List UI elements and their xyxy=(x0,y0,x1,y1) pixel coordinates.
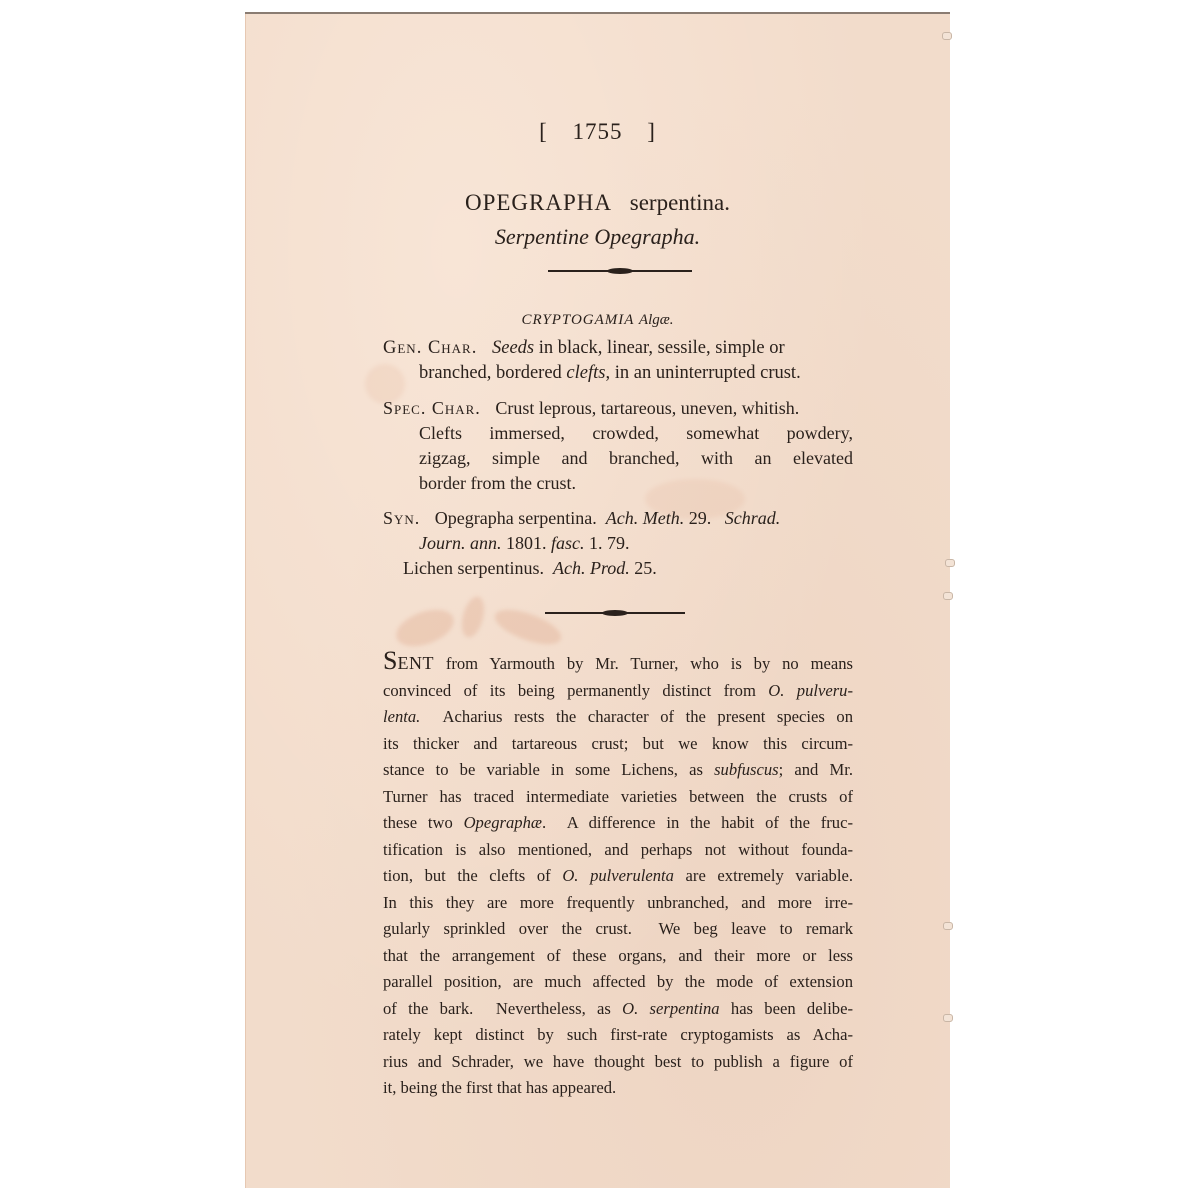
gen-char-text: branched, bordered xyxy=(419,363,566,383)
paragraph-line: that the arrangement of these organs, an… xyxy=(383,943,853,970)
gen-char-text: in black, linear, sessile, simple or xyxy=(534,338,785,358)
paper-stain xyxy=(391,603,458,654)
paragraph-line: of the bark. Nevertheless, as O. serpent… xyxy=(383,996,853,1023)
syn-reference: Ach. Meth. xyxy=(606,508,684,528)
syn-number: 25. xyxy=(634,558,657,578)
specific-character: Spec. Char. Crust leprous, tartareous, u… xyxy=(383,396,853,496)
line-text: of the bark. Nevertheless, as xyxy=(383,999,622,1018)
paragraph-line: In this they are more frequently unbranc… xyxy=(383,890,853,917)
common-name: Serpentine Opegrapha. xyxy=(245,224,950,250)
syn-reference: Schrad. xyxy=(725,508,781,528)
paragraph-line: convinced of its being permanently disti… xyxy=(383,678,853,705)
syn-text: Lichen serpentinus. xyxy=(403,558,544,578)
bracket-open: [ xyxy=(539,119,548,144)
gen-char-italic: Seeds xyxy=(492,338,534,358)
species-title: OPEGRAPHA serpentina. xyxy=(245,190,950,216)
classification: Cryptogamia Algæ. xyxy=(245,312,950,329)
paragraph-line: SENT from Yarmouth by Mr. Turner, who is… xyxy=(383,648,853,678)
syn-reference: Journ. ann. xyxy=(419,533,502,553)
paper-stain xyxy=(458,594,488,640)
paragraph-line: lenta. Acharius rests the character of t… xyxy=(383,704,853,731)
bracket-close: ] xyxy=(647,119,656,144)
line-text: that the arrangement of these organs, an… xyxy=(383,946,853,965)
ornamental-divider xyxy=(548,270,692,272)
paragraph-line: it, being the first that has appeared. xyxy=(383,1075,853,1102)
paragraph-line: parallel position, are much affected by … xyxy=(383,969,853,996)
ornamental-divider xyxy=(545,612,685,614)
line-text: rius and Schrader, we have thought best … xyxy=(383,1052,853,1071)
line-text: parallel position, are much affected by … xyxy=(383,972,853,991)
line-text: its thicker and tartareous crust; but we… xyxy=(383,734,853,753)
line-italic: subfuscus xyxy=(714,760,779,779)
line-text: are extremely variable. xyxy=(674,866,853,885)
syn-label: Syn. xyxy=(383,508,420,528)
paragraph-line: Turner has traced intermediate varieties… xyxy=(383,784,853,811)
gen-char-italic: clefts xyxy=(566,363,605,383)
paper-edge-tear xyxy=(943,922,953,930)
drop-cap: S xyxy=(383,646,397,675)
line-italic: O. pulveru- xyxy=(768,681,853,700)
spec-char-text: zigzag, simple and branched, with an ele… xyxy=(383,446,853,471)
line-text: from Yarmouth by Mr. Turner, who is by n… xyxy=(434,654,853,673)
line-text: In this they are more frequently unbranc… xyxy=(383,893,853,912)
line-text: ; and Mr. xyxy=(779,760,853,779)
order-name: Algæ. xyxy=(639,312,674,328)
synonyms: Syn. Opegrapha serpentina. Ach. Meth. 29… xyxy=(383,506,853,581)
spec-char-text: Clefts immersed, crowded, somewhat powde… xyxy=(383,421,853,446)
paper-stain xyxy=(491,603,566,651)
spec-char-text: border from the crust. xyxy=(383,471,853,496)
small-caps-word: ENT xyxy=(397,653,434,673)
class-name: Cryptogamia xyxy=(521,312,634,328)
line-text: Turner has traced intermediate varieties… xyxy=(383,787,853,806)
paragraph-line: stance to be variable in some Lichens, a… xyxy=(383,757,853,784)
syn-number: 29. xyxy=(689,508,712,528)
line-italic: O. serpentina xyxy=(622,999,719,1018)
paragraph-line: gularly sprinkled over the crust. We beg… xyxy=(383,916,853,943)
spec-char-text: Crust leprous, tartareous, uneven, whiti… xyxy=(495,398,799,418)
line-text: convinced of its being permanently disti… xyxy=(383,681,768,700)
species-name: serpentina. xyxy=(630,190,730,215)
gen-char-label: Gen. Char. xyxy=(383,338,477,358)
description-paragraph: SENT from Yarmouth by Mr. Turner, who is… xyxy=(383,648,853,1102)
line-text: tification is also mentioned, and perhap… xyxy=(383,840,853,859)
syn-reference: Ach. Prod. xyxy=(553,558,630,578)
syn-number: 1. 79. xyxy=(589,533,630,553)
paper-edge-tear xyxy=(943,1014,953,1022)
line-text: has been delibe- xyxy=(720,999,853,1018)
line-text: these two xyxy=(383,813,464,832)
paragraph-line: its thicker and tartareous crust; but we… xyxy=(383,731,853,758)
line-italic: lenta. xyxy=(383,707,420,726)
page-number: [ 1755 ] xyxy=(245,119,950,145)
genus-name: OPEGRAPHA xyxy=(465,190,612,215)
paragraph-line: tification is also mentioned, and perhap… xyxy=(383,837,853,864)
paper-edge-tear xyxy=(942,32,952,40)
syn-number: 1801. xyxy=(506,533,547,553)
line-text: stance to be variable in some Lichens, a… xyxy=(383,760,714,779)
line-text: tion, but the clefts of xyxy=(383,866,562,885)
paper-edge-tear xyxy=(945,559,955,567)
paragraph-line: rately kept distinct by such first-rate … xyxy=(383,1022,853,1049)
syn-text: Opegrapha serpentina. xyxy=(435,508,597,528)
line-text: . A difference in the habit of the fruc- xyxy=(542,813,853,832)
syn-reference: fasc. xyxy=(551,533,585,553)
line-text: it, being the first that has appeared. xyxy=(383,1078,616,1097)
page-number-value: 1755 xyxy=(573,119,623,144)
paragraph-line: rius and Schrader, we have thought best … xyxy=(383,1049,853,1076)
line-italic: O. pulverulenta xyxy=(562,866,674,885)
paragraph-line: these two Opegraphæ. A difference in the… xyxy=(383,810,853,837)
gen-char-text: , in an uninterrupted crust. xyxy=(605,363,800,383)
spec-char-label: Spec. Char. xyxy=(383,398,481,418)
paragraph-line: tion, but the clefts of O. pulverulenta … xyxy=(383,863,853,890)
book-page: [ 1755 ] OPEGRAPHA serpentina. Serpentin… xyxy=(245,12,950,1188)
paper-edge-tear xyxy=(943,592,953,600)
generic-character: Gen. Char. Seeds in black, linear, sessi… xyxy=(383,336,853,386)
line-text: rately kept distinct by such first-rate … xyxy=(383,1025,853,1044)
line-text: gularly sprinkled over the crust. We beg… xyxy=(383,919,853,938)
line-italic: Opegraphæ xyxy=(464,813,542,832)
line-text: Acharius rests the character of the pres… xyxy=(420,707,853,726)
